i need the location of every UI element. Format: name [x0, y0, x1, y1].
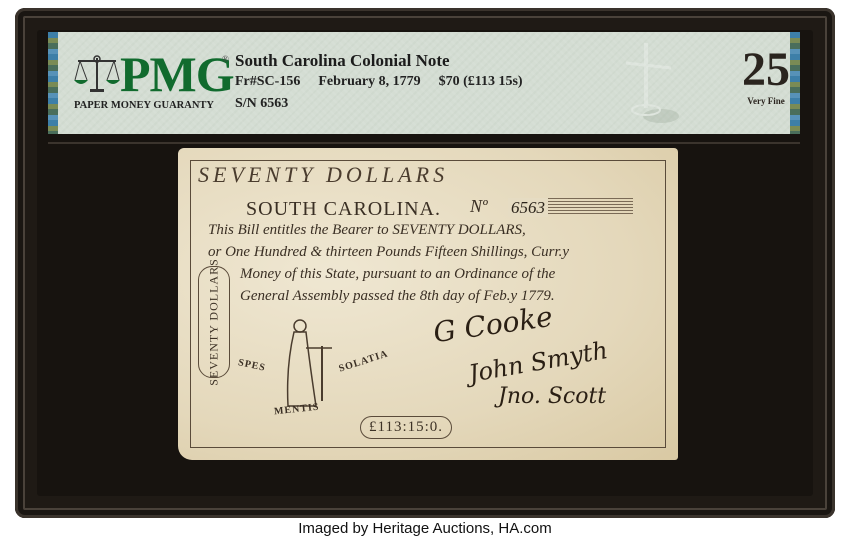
note-details: Fr#SC-156February 8, 1779$70 (£113 15s) — [235, 74, 541, 90]
note-banner: SEVENTY DOLLARS — [198, 162, 448, 188]
note-number-prefix: Nº — [470, 196, 488, 217]
catalog-number: Fr#SC-156 — [235, 74, 300, 89]
denomination: $70 (£113 15s) — [439, 74, 523, 89]
note-serial-field: 6563 — [508, 198, 633, 214]
serial-number: S/N 6563 — [235, 96, 288, 112]
note-state: SOUTH CAROLINA. — [246, 198, 441, 221]
note-side-panel: SEVENTY DOLLARS — [198, 266, 230, 378]
registered-mark: ® — [222, 54, 229, 64]
grade-description: Very Fine — [736, 96, 796, 106]
slab-divider — [48, 142, 800, 144]
pmg-label: PMG ® PAPER MONEY GUARANTY South Carolin… — [48, 32, 800, 134]
grade-number: 25 — [736, 46, 796, 94]
hologram-strip-left — [48, 32, 58, 134]
signature-3: Jno. Scott — [498, 384, 606, 409]
note-serial: 6563 — [508, 198, 548, 217]
scales-icon — [74, 54, 120, 94]
note-side-label: SEVENTY DOLLARS — [207, 258, 222, 386]
note-text-line: or One Hundred & thirteen Pounds Fifteen… — [208, 244, 569, 261]
note-amount: £113:15:0. — [360, 416, 452, 439]
image-credit: Imaged by Heritage Auctions, HA.com — [0, 520, 850, 537]
note-text-line: Money of this State, pursuant to an Ordi… — [240, 266, 555, 283]
hope-figure-icon — [276, 316, 336, 416]
banknote: SEVENTY DOLLARS SOUTH CAROLINA. Nº 6563 … — [178, 148, 678, 460]
scales-watermark-icon — [616, 38, 686, 128]
note-text-line: This Bill entitles the Bearer to SEVENTY… — [208, 222, 526, 239]
issue-date: February 8, 1779 — [318, 74, 420, 89]
pmg-logo: PMG — [120, 44, 234, 104]
grade-box: 25 Very Fine — [736, 46, 796, 106]
pmg-subtitle: PAPER MONEY GUARANTY — [74, 100, 214, 111]
note-text-line: General Assembly passed the 8th day of F… — [240, 288, 555, 305]
note-title: South Carolina Colonial Note — [235, 51, 450, 71]
